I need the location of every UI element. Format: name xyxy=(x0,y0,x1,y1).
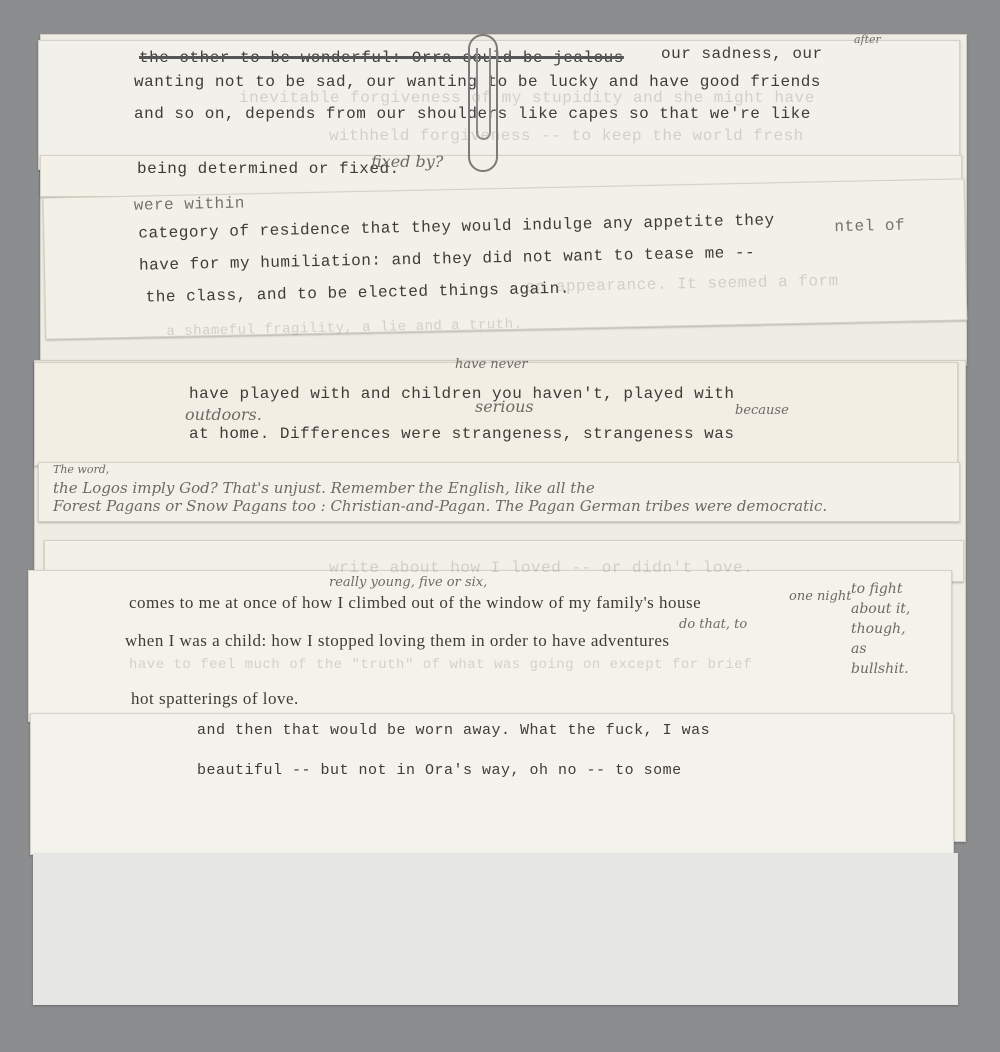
handwritten-insertion: because xyxy=(735,403,789,418)
faint-line: inevitable forgiveness of my stupidity a… xyxy=(239,89,815,107)
handwritten-note: bullshit. xyxy=(851,661,910,677)
strip-7: and then that would be worn away. What t… xyxy=(30,713,954,855)
handwritten-note: the Logos imply God? That's unjust. Reme… xyxy=(53,479,595,497)
handwritten-note: to fight xyxy=(851,581,910,597)
faint-line: have to feel much of the "truth" of what… xyxy=(129,657,752,673)
typed-line: being determined or fixed. xyxy=(137,160,400,178)
handwritten-insertion: after xyxy=(854,33,881,46)
handwritten-insertion: have never xyxy=(455,357,528,372)
handwritten-note: though, xyxy=(851,621,910,637)
typed-line: at home. Differences were strangeness, s… xyxy=(189,425,734,443)
strip-4: have never have played with and children… xyxy=(34,362,958,466)
typed-line: have for my humiliation: and they did no… xyxy=(139,244,755,275)
tissue-backing xyxy=(33,853,958,1005)
typed-line: hot spatterings of love. xyxy=(131,689,299,709)
handwritten-insertion: do that, to xyxy=(679,617,747,632)
handwritten-insertion: really young, five or six, xyxy=(329,575,487,590)
handwritten-insertion: serious xyxy=(475,397,534,416)
faint-line: withheld forgiveness -- to keep the worl… xyxy=(329,127,804,145)
handwritten-note: Forest Pagans or Snow Pagans too : Chris… xyxy=(53,497,827,515)
handwritten-note: as xyxy=(851,641,910,657)
strip-1: the other to be wonderful: Orra could be… xyxy=(38,40,960,170)
strip-6: write about how I loved -- or didn't lov… xyxy=(28,570,952,722)
typed-line: category of residence that they would in… xyxy=(138,211,775,242)
handwritten-insertion: one night xyxy=(789,589,851,604)
margin-note: to fight about it, though, as bullshit. xyxy=(851,581,910,677)
faint-line: an appearance. It seemed a form xyxy=(525,272,838,297)
typed-text: when I was a child: how I stopped loving… xyxy=(125,631,669,650)
typed-line: have played with and children you haven'… xyxy=(189,385,734,403)
typed-line: comes to me at once of how I climbed out… xyxy=(129,593,701,613)
typed-line: the other to be wonderful: Orra could be… xyxy=(139,49,624,67)
strip-3: were within category of residence that t… xyxy=(43,178,968,339)
typed-text: comes to me at once of how I climbed out… xyxy=(129,593,701,612)
typed-line: were within xyxy=(134,194,245,214)
handwritten-note: fixed by? xyxy=(371,152,443,171)
typed-line: the class, and to be elected things agai… xyxy=(146,280,571,307)
typed-line: and then that would be worn away. What t… xyxy=(197,722,710,739)
typed-line: ntel of xyxy=(834,217,905,236)
typed-line: beautiful -- but not in Ora's way, oh no… xyxy=(197,762,682,779)
handwritten-note: The word, xyxy=(53,463,109,476)
handwritten-note: about it, xyxy=(851,601,910,617)
handwritten-insertion: outdoors. xyxy=(185,405,262,424)
typed-line: our sadness, our xyxy=(661,45,823,63)
paper-clip-icon xyxy=(468,34,498,172)
typed-line: when I was a child: how I stopped loving… xyxy=(125,631,669,651)
strip-5: The word, the Logos imply God? That's un… xyxy=(38,462,960,522)
typed-text: have played with and children you haven'… xyxy=(189,385,734,403)
